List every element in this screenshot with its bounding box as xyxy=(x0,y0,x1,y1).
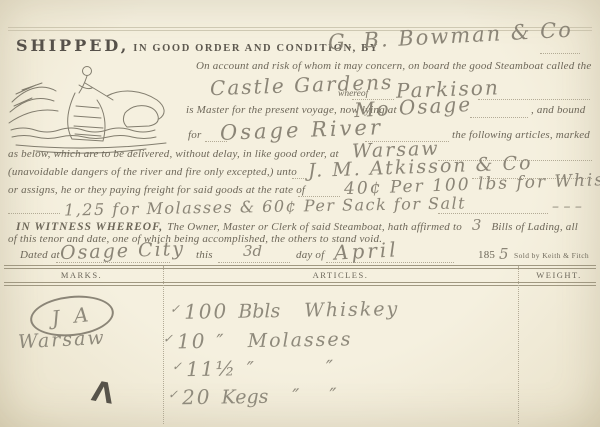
pencil-mark: Ʌ xyxy=(89,374,116,410)
unit: ″ xyxy=(247,358,254,380)
dotted-line xyxy=(205,141,227,142)
dotted-line xyxy=(438,213,548,214)
dotted-line xyxy=(56,262,170,263)
trailing-dashes-handwritten: – – – xyxy=(552,199,582,215)
for-label: for xyxy=(188,129,201,141)
freight-rate-line: or assigns, he or they paying freight fo… xyxy=(8,184,305,196)
article-name: ″ xyxy=(326,357,335,379)
table-header-bottom-rule xyxy=(4,282,596,286)
following-articles-label: the following articles, marked xyxy=(452,129,590,141)
unit: Kegs xyxy=(221,386,268,409)
excepted-line: (unavoidable dangers of the river and fi… xyxy=(8,166,297,178)
quantity: 11½ xyxy=(186,356,237,381)
year-printed: 185 xyxy=(478,249,495,261)
article-name: Whiskey xyxy=(304,298,399,322)
dotted-line xyxy=(218,262,290,263)
tick-mark: ✓ xyxy=(172,359,182,373)
mark-place-handwritten: Warsaw xyxy=(17,327,106,354)
year-digit-handwritten: 5 xyxy=(499,245,509,263)
shipper-name-handwritten: G. B. Bowman & Co xyxy=(328,18,574,55)
bills-of-lading-label: Bills of Lading, all xyxy=(491,221,578,233)
dotted-line xyxy=(8,213,60,214)
dotted-line xyxy=(478,99,590,100)
seated-figure-illustration xyxy=(6,56,174,158)
unit: ″ xyxy=(216,331,223,353)
column-header-articles: ARTICLES. xyxy=(163,270,518,280)
tick-mark: ✓ xyxy=(163,331,173,345)
account-line: On account and risk of whom it may conce… xyxy=(196,60,591,72)
table-row: ✓100BblsWhiskey xyxy=(170,296,400,324)
and-bound-label: , and bound xyxy=(531,104,585,116)
table-header-top-rule xyxy=(4,265,596,269)
table-row: ✓10″Molasses xyxy=(163,326,353,353)
dotted-line xyxy=(292,178,306,179)
article-name: ″ ″ xyxy=(292,385,339,408)
this-label: this xyxy=(196,249,213,261)
quantity: 20 xyxy=(182,385,212,410)
table-row: ✓20Kegs″ ″ xyxy=(168,383,339,410)
day-of-label: day of xyxy=(296,249,324,261)
bill-of-lading-document: SHIPPED, IN GOOD ORDER AND CONDITION, BY… xyxy=(0,0,600,427)
article-name: Molasses xyxy=(247,328,352,352)
tick-mark: ✓ xyxy=(170,302,180,316)
tick-mark: ✓ xyxy=(168,387,178,401)
dotted-line xyxy=(540,53,580,54)
day-handwritten: 3d xyxy=(243,242,262,260)
unit: Bbls xyxy=(238,300,280,323)
column-header-marks: MARKS. xyxy=(0,270,163,280)
dated-at-label: Dated at xyxy=(20,249,60,261)
mark-initials-handwritten: J A xyxy=(50,302,93,330)
month-handwritten: April xyxy=(333,237,399,264)
weight-column-divider xyxy=(518,266,519,424)
delivered-line: as below, which are to be delivered, wit… xyxy=(8,148,339,160)
shipped-line: SHIPPED, IN GOOD ORDER AND CONDITION, BY xyxy=(16,36,379,56)
quantity: 10 xyxy=(177,329,207,354)
printer-credit: Sold by Keith & Fitch xyxy=(514,251,589,260)
table-row: ✓11½″″ xyxy=(172,355,336,382)
bills-count-handwritten: 3 xyxy=(472,216,482,234)
column-header-weight: WEIGHT. xyxy=(518,270,600,280)
dotted-line xyxy=(470,117,528,118)
quantity: 100 xyxy=(184,299,229,324)
vignette-engraving xyxy=(6,56,174,163)
shipped-word: SHIPPED, xyxy=(16,36,129,55)
witness-text: The Owner, Master or Clerk of said Steam… xyxy=(167,221,462,233)
dated-place-handwritten: Osage City xyxy=(60,238,186,264)
witness-whereof-label: IN WITNESS WHEREOF, xyxy=(16,221,163,233)
